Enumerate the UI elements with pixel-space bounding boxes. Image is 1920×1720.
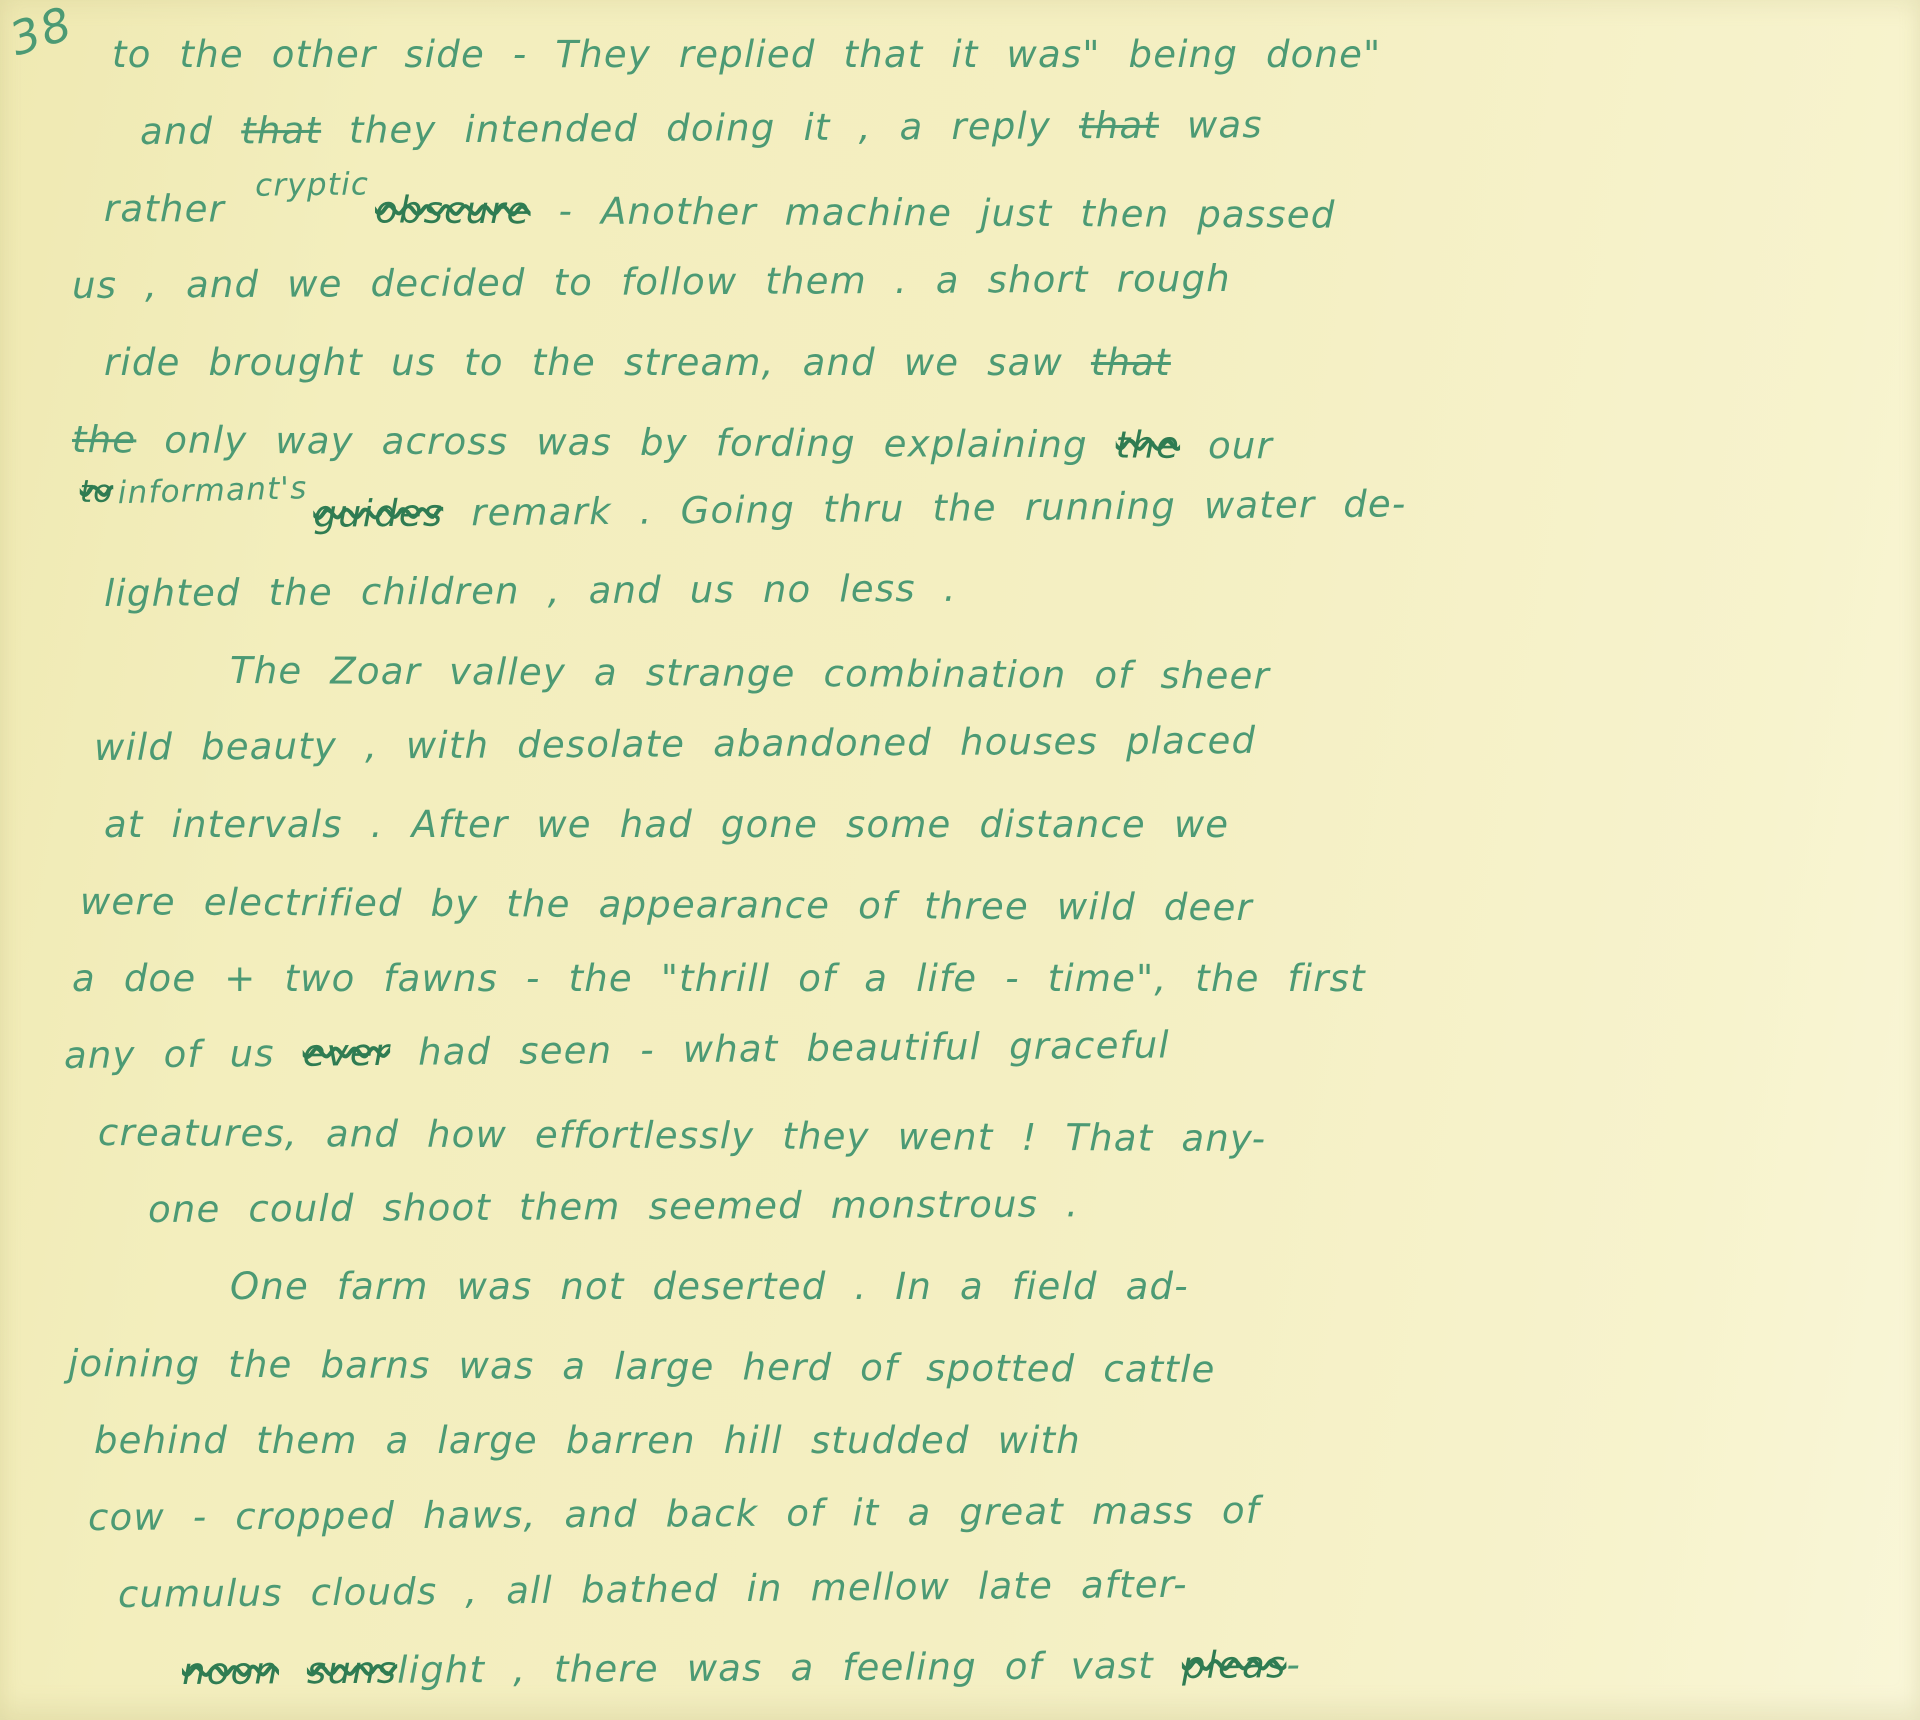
text-segment: - (1286, 1643, 1301, 1686)
text-segment: light , there was a feeling of vast (397, 1644, 1182, 1692)
struck-word: that (1091, 341, 1171, 384)
handwritten-line: to the other side - They replied that it… (112, 16, 1920, 93)
scribbled-out-word: ever (302, 1031, 390, 1075)
struck-word: the (72, 418, 137, 461)
text-segment: at intervals . After we had gone some di… (104, 803, 1229, 846)
text-segment: - Another machine just then passed (530, 189, 1335, 236)
scribbled-out-word: suns (307, 1649, 398, 1693)
scribbled-out-word: obscure (375, 188, 531, 232)
text-segment: cumulus clouds , all bathed in mellow la… (118, 1563, 1188, 1616)
text-segment: rather (104, 187, 253, 231)
text-segment: our (1180, 424, 1273, 467)
handwritten-line: any of us ever had seen - what beautiful… (64, 999, 1920, 1094)
handwritten-line: cumulus clouds , all bathed in mellow la… (118, 1539, 1920, 1633)
text-segment: The Zoar valley a strange combination of… (230, 649, 1270, 697)
notebook-page: 38 to the other side - They replied that… (0, 0, 1920, 1720)
handwritten-line: One farm was not deserted . In a field a… (230, 1248, 1920, 1325)
inserted-word: informant's (117, 473, 308, 509)
text-segment (279, 1649, 307, 1692)
handwritten-line: one could shoot them seemed monstrous . (148, 1160, 1920, 1248)
handwritten-line: lighted the children , and us no less . (104, 544, 1920, 632)
handwritten-line: and that they intended doing it , a repl… (140, 82, 1920, 170)
scribbled-out-word: the (1116, 423, 1181, 466)
scribbled-out-word: pleas (1182, 1643, 1287, 1687)
text-segment: had seen - what beautiful graceful (390, 1023, 1170, 1073)
text-segment: and (140, 109, 241, 153)
text-segment: they intended doing it , a reply (321, 104, 1079, 152)
text-segment: joining the barns was a large herd of sp… (68, 1342, 1216, 1391)
handwritten-line: noon sunslight , there was a feeling of … (182, 1622, 1920, 1710)
handwritten-line: joining the barns was a large herd of sp… (68, 1325, 1920, 1412)
text-segment: remark . Going thru the running water de… (443, 482, 1407, 534)
text-segment: ride brought us to the stream, and we sa… (104, 341, 1091, 384)
text-segment: any of us (64, 1032, 303, 1077)
handwritten-line: us , and we decided to follow them . a s… (72, 236, 1920, 324)
text-segment: us , and we decided to follow them . a s… (72, 257, 1231, 307)
text-segment: to the other side - They replied that it… (112, 33, 1381, 76)
inserted-word: cryptic (255, 169, 369, 201)
text-segment: behind them a large barren hill studded … (94, 1419, 1081, 1462)
struck-word: that (241, 109, 321, 152)
text-segment: wild beauty , with desolate abandoned ho… (94, 719, 1257, 769)
text-segment: cow - cropped haws, and back of it a gre… (88, 1489, 1260, 1539)
handwritten-line: at intervals . After we had gone some di… (104, 786, 1920, 863)
inserted-struck-word: to (80, 477, 114, 508)
text-segment: creatures, and how effortlessly they wen… (98, 1111, 1266, 1160)
text-segment: were electrified by the appearance of th… (80, 880, 1253, 929)
handwriting-block: to the other side - They replied that it… (0, 16, 1920, 1710)
struck-word: that (1079, 104, 1159, 147)
text-segment: one could shoot them seemed monstrous . (148, 1182, 1079, 1231)
handwritten-line: behind them a large barren hill studded … (94, 1402, 1920, 1479)
handwritten-line: wild beauty , with desolate abandoned ho… (94, 698, 1920, 786)
text-segment: lighted the children , and us no less . (104, 567, 957, 615)
handwritten-line: ride brought us to the stream, and we sa… (104, 324, 1920, 401)
text-segment: only way across was by fording explainin… (136, 418, 1116, 466)
handwritten-line: toinformant'sguides remark . Going thru … (78, 460, 1920, 555)
text-segment: was (1159, 103, 1263, 147)
handwritten-line: were electrified by the appearance of th… (80, 863, 1920, 950)
text-segment: a doe + two fawns - the "thrill of a lif… (72, 957, 1366, 1000)
scribbled-out-word: guides (313, 491, 443, 535)
scribbled-out-word: noon (182, 1649, 279, 1693)
text-segment: One farm was not deserted . In a field a… (230, 1265, 1189, 1308)
